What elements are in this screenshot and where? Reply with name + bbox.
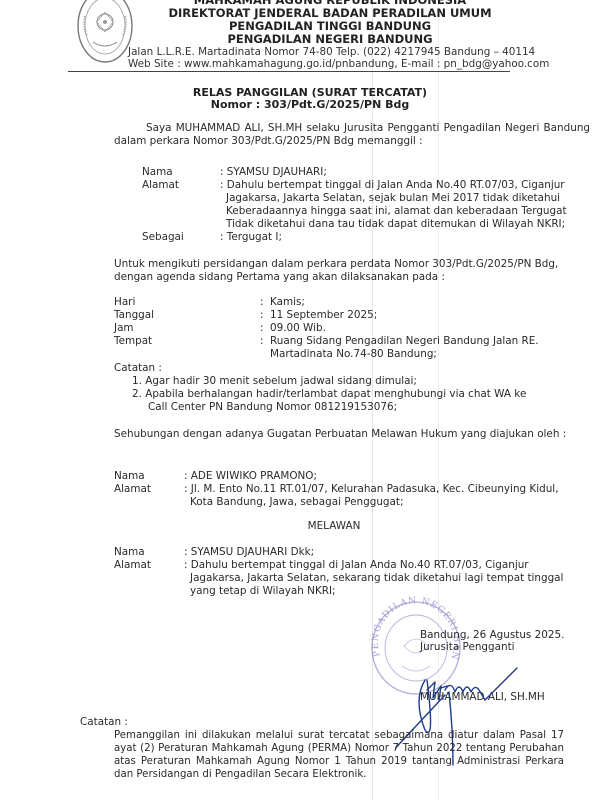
defendant-address-label: Alamat [114, 559, 151, 572]
schedule-time-value: 09.00 Wib. [270, 322, 326, 335]
plaintiff-name-value: : ADE WIWIKO PRAMONO; [184, 470, 317, 483]
schedule-colon: : [260, 309, 264, 322]
schedule-place-value-cont: Martadinata No.74-80 Bandung; [270, 348, 437, 361]
schedule-day-value: Kamis; [270, 296, 305, 309]
plaintiff-address-line: Kota Bandung, Jawa, sebagai Penggugat; [190, 496, 403, 509]
defendant-address-line: yang tetap di Wilayah NKRI; [190, 585, 336, 598]
summoned-role-label: Sebagai [142, 231, 184, 244]
summoned-address-line: Jagakarsa, Jakarta Selatan, sejak bulan … [226, 192, 560, 205]
schedule-colon: : [260, 296, 264, 309]
lawsuit-intro: Sehubungan dengan adanya Gugatan Perbuat… [114, 428, 566, 441]
schedule-place-label: Tempat [114, 335, 152, 348]
summoned-address-line: Tidak diketahui dana tau tidak dapat dit… [226, 218, 565, 231]
footer-note-heading: Catatan : [80, 716, 128, 729]
notes-item: 2. Apabila berhalangan hadir/terlambat d… [132, 388, 526, 401]
summoned-name-label: Nama [142, 166, 173, 179]
plaintiff-address-label: Alamat [114, 483, 151, 496]
defendant-name-value: : SYAMSU DJAUHARI Dkk; [184, 546, 314, 559]
footer-note-text: Pemanggilan ini dilakukan melalui surat … [114, 729, 564, 781]
notes-heading: Catatan : [114, 362, 162, 375]
schedule-time-label: Jam [114, 322, 134, 335]
summoned-address-line: Keberadaannya hingga saat ini, alamat da… [226, 205, 567, 218]
schedule-date-label: Tanggal [114, 309, 154, 322]
defendant-address-line: Jagakarsa, Jakarta Selatan, sekarang tid… [190, 572, 563, 585]
plaintiff-name-label: Nama [114, 470, 145, 483]
hearing-intro-paragraph: Untuk mengikuti persidangan dalam perkar… [114, 258, 590, 284]
summoned-address-line: : Dahulu bertempat tinggal di Jalan Anda… [220, 179, 565, 192]
versus-label: MELAWAN [124, 520, 544, 532]
letterhead-divider [68, 71, 510, 72]
schedule-colon: : [260, 322, 264, 335]
schedule-place-value: Ruang Sidang Pengadilan Negeri Bandung J… [270, 335, 539, 348]
document-number: Nomor : 303/Pdt.G/2025/PN Bdg [100, 98, 520, 111]
letterhead-line4: PENGADILAN NEGERI BANDUNG [150, 33, 510, 46]
notes-item: 1. Agar hadir 30 menit sebelum jadwal si… [132, 375, 417, 388]
court-emblem-icon [75, 0, 135, 66]
letterhead-web: Web Site : www.mahkamahagung.go.id/pnban… [128, 58, 528, 71]
summoned-name-value: : SYAMSU DJAUHARI; [220, 166, 327, 179]
defendant-address-line: : Dahulu bertempat tinggal di Jalan Anda… [184, 559, 529, 572]
schedule-colon: : [260, 335, 264, 348]
summoned-role-value: : Tergugat I; [220, 231, 282, 244]
plaintiff-address-line: : Jl. M. Ento No.11 RT.01/07, Kelurahan … [184, 483, 559, 496]
defendant-name-label: Nama [114, 546, 145, 559]
schedule-date-value: 11 September 2025; [270, 309, 377, 322]
intro-paragraph: Saya MUHAMMAD ALI, SH.MH selaku Jurusita… [114, 122, 590, 148]
notes-item-cont: Call Center PN Bandung Nomor 08121915307… [148, 401, 397, 414]
schedule-day-label: Hari [114, 296, 135, 309]
summoned-address-label: Alamat [142, 179, 179, 192]
